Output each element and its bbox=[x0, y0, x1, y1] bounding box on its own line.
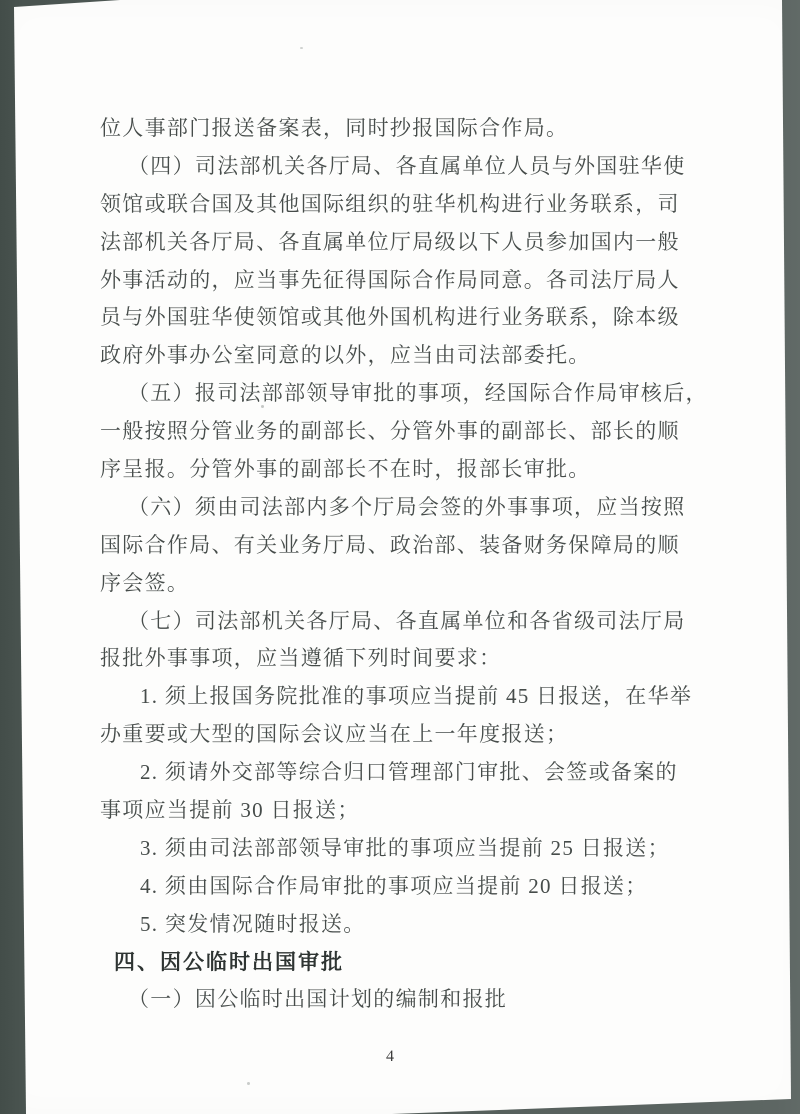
text-line: 政府外事办公室同意的以外，应当由司法部委托。 bbox=[100, 337, 690, 375]
text-line: 2. 须请外交部等综合归口管理部门审批、会签或备案的 bbox=[100, 754, 690, 792]
scan-speck bbox=[261, 405, 264, 408]
text-line: 领馆或联合国及其他国际组织的驻华机构进行业务联系，司 bbox=[100, 186, 690, 224]
text-line: 报批外事事项，应当遵循下列时间要求： bbox=[100, 640, 690, 678]
text-line: （五）报司法部部领导审批的事项，经国际合作局审核后， bbox=[100, 375, 690, 413]
text-line: 外事活动的，应当事先征得国际合作局同意。各司法厅局人 bbox=[100, 262, 690, 300]
scan-speck bbox=[247, 1082, 250, 1085]
text-line: 法部机关各厅局、各直属单位厅局级以下人员参加国内一般 bbox=[100, 224, 690, 262]
text-line: 一般按照分管业务的副部长、分管外事的副部长、部长的顺 bbox=[100, 413, 690, 451]
text-line: 事项应当提前 30 日报送； bbox=[100, 792, 690, 830]
page-number: 4 bbox=[350, 1048, 430, 1066]
text-line: 办重要或大型的国际会议应当在上一年度报送； bbox=[100, 716, 690, 754]
text-line: 1. 须上报国务院批准的事项应当提前 45 日报送，在华举 bbox=[100, 678, 690, 716]
text-line: 国际合作局、有关业务厅局、政治部、装备财务保障局的顺 bbox=[100, 527, 690, 565]
text-line: 序呈报。分管外事的副部长不在时，报部长审批。 bbox=[100, 451, 690, 489]
text-line: （七）司法部机关各厅局、各直属单位和各省级司法厅局 bbox=[100, 603, 690, 641]
scanned-document-view: { "page": { "background_color": "#525c58… bbox=[0, 0, 800, 1114]
text-line: （一）因公临时出国计划的编制和报批 bbox=[100, 981, 690, 1019]
text-line: 4. 须由国际合作局审批的事项应当提前 20 日报送； bbox=[100, 868, 690, 906]
text-line: （四）司法部机关各厅局、各直属单位人员与外国驻华使 bbox=[100, 148, 690, 186]
scan-speck bbox=[300, 47, 303, 49]
text-line: 位人事部门报送备案表，同时抄报国际合作局。 bbox=[100, 110, 690, 148]
document-page: 位人事部门报送备案表，同时抄报国际合作局。（四）司法部机关各厅局、各直属单位人员… bbox=[0, 0, 800, 1114]
text-line: 员与外国驻华使领馆或其他外国机构进行业务联系，除本级 bbox=[100, 299, 690, 337]
text-line: 5. 突发情况随时报送。 bbox=[100, 906, 690, 944]
text-line: 四、因公临时出国审批 bbox=[100, 944, 690, 982]
document-body-text: 位人事部门报送备案表，同时抄报国际合作局。（四）司法部机关各厅局、各直属单位人员… bbox=[100, 110, 690, 1019]
text-line: （六）须由司法部内多个厅局会签的外事事项，应当按照 bbox=[100, 489, 690, 527]
text-line: 序会签。 bbox=[100, 565, 690, 603]
text-line: 3. 须由司法部部领导审批的事项应当提前 25 日报送； bbox=[100, 830, 690, 868]
